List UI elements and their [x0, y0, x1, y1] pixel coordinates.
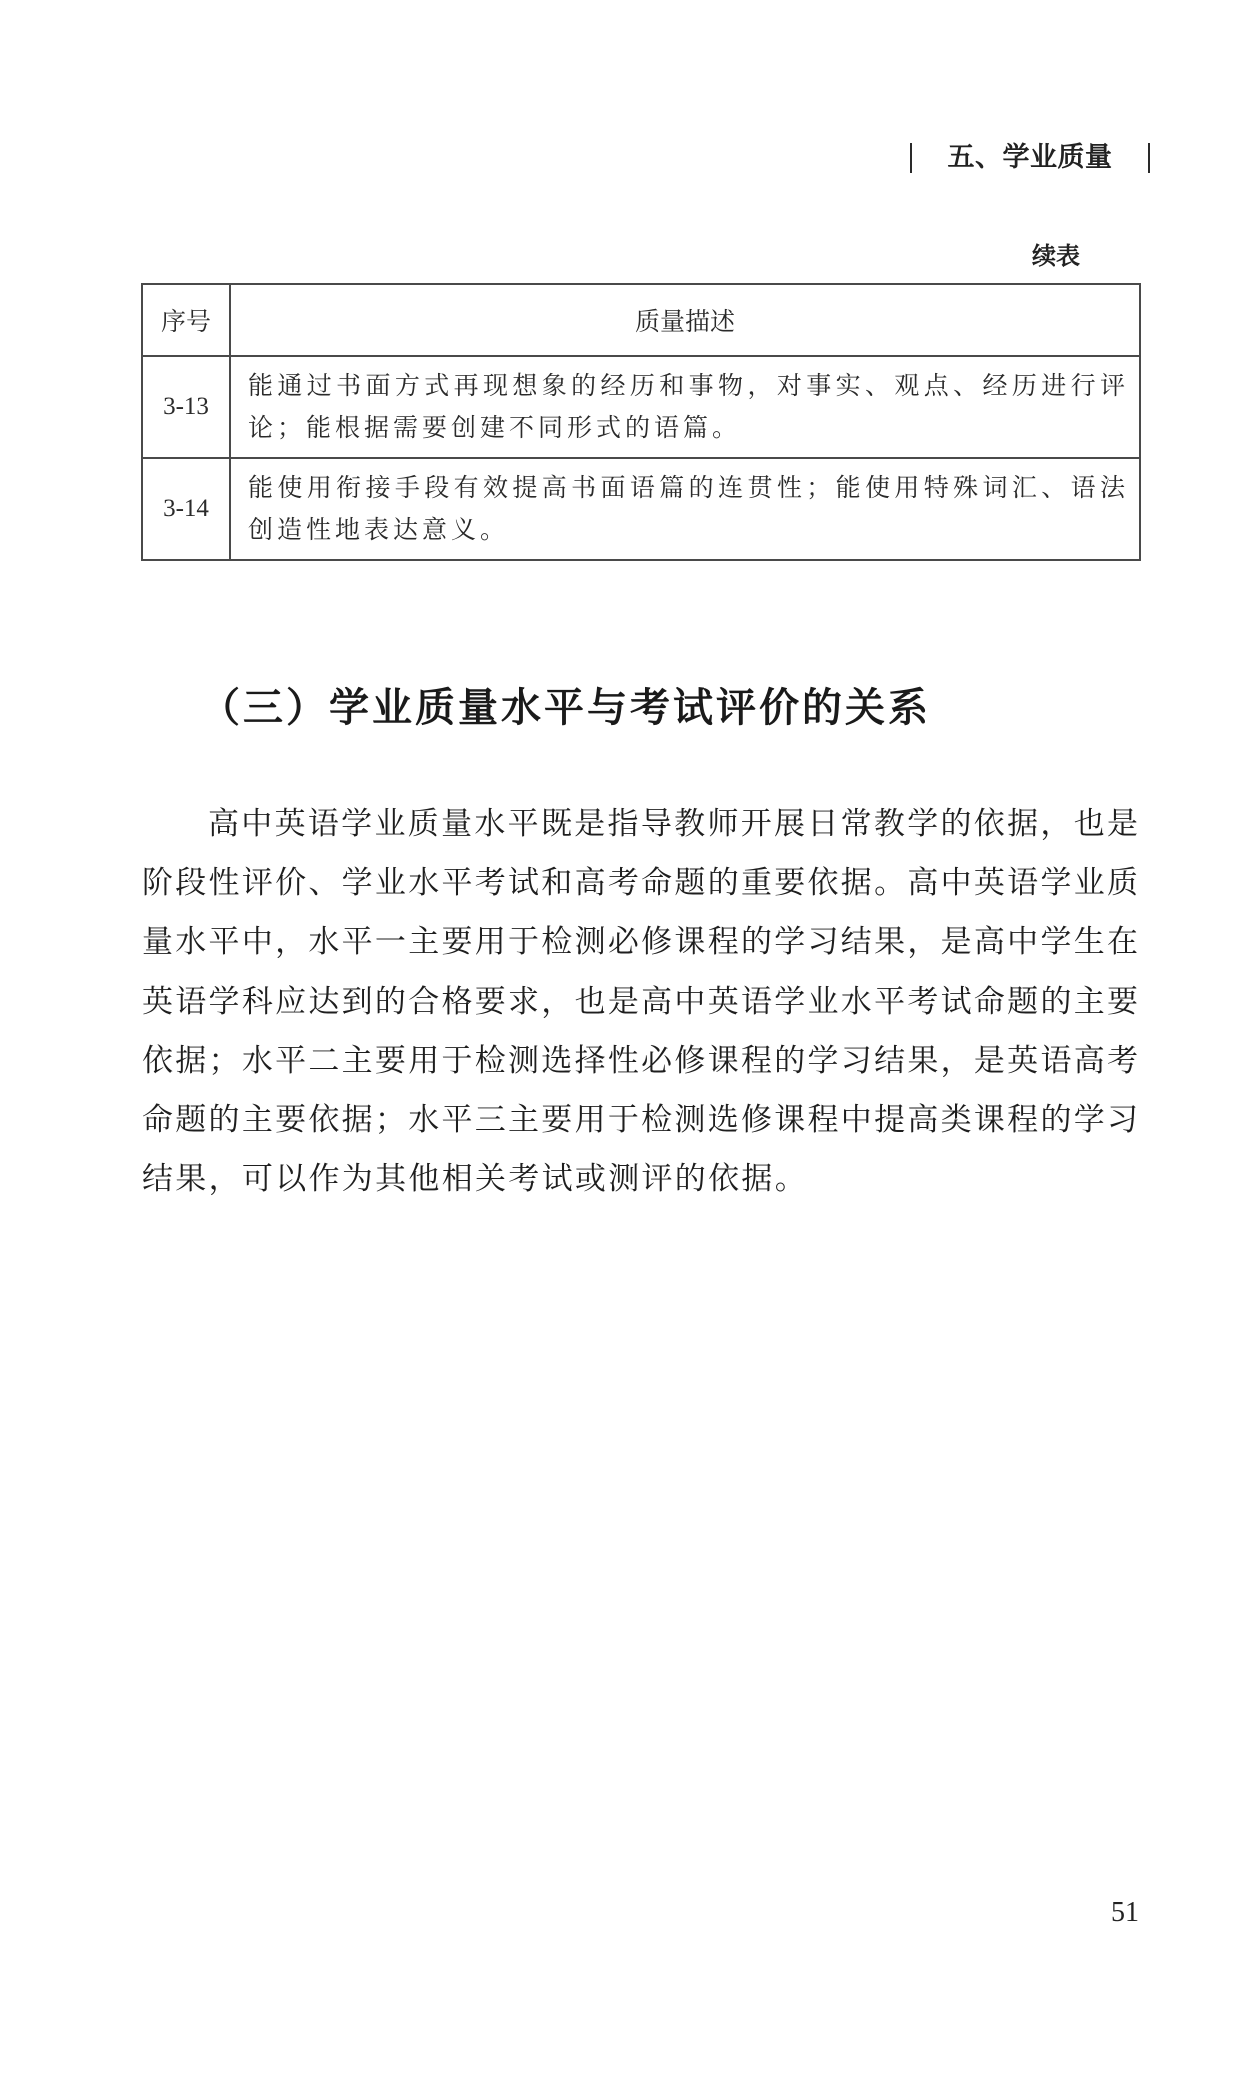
header-divider-left	[910, 143, 912, 173]
paragraph-line: 英语学科应达到的合格要求，也是高中英语学业水平考试命题的主要	[142, 973, 1138, 1032]
description-line: 创造性地表达意义。	[248, 509, 1125, 551]
body-paragraph: 高中英语学业质量水平既是指导教师开展日常教学的依据，也是 阶段性评价、学业水平考…	[142, 795, 1138, 1209]
chapter-title: 五、学业质量	[948, 140, 1113, 176]
page-number: 51	[1100, 1893, 1150, 1933]
paragraph-line: 结果，可以作为其他相关考试或测评的依据。	[142, 1150, 1138, 1209]
column-header-number: 序号	[142, 284, 230, 356]
paragraph-line: 高中英语学业质量水平既是指导教师开展日常教学的依据，也是	[142, 795, 1138, 854]
row-number: 3-14	[142, 458, 230, 560]
table-row: 3-13 能通过书面方式再现想象的经历和事物，对事实、观点、经历进行评 论；能根…	[142, 356, 1140, 458]
table-caption: 续表	[1000, 240, 1112, 272]
section-heading: （三）学业质量水平与考试评价的关系	[200, 682, 960, 734]
table-header-row: 序号 质量描述	[142, 284, 1140, 356]
description-line: 能使用衔接手段有效提高书面语篇的连贯性；能使用特殊词汇、语法	[248, 467, 1125, 509]
row-description: 能使用衔接手段有效提高书面语篇的连贯性；能使用特殊词汇、语法 创造性地表达意义。	[230, 458, 1140, 560]
table-row: 3-14 能使用衔接手段有效提高书面语篇的连贯性；能使用特殊词汇、语法 创造性地…	[142, 458, 1140, 560]
quality-table: 序号 质量描述 3-13 能通过书面方式再现想象的经历和事物，对事实、观点、经历…	[141, 283, 1141, 561]
header-divider-right	[1148, 143, 1150, 173]
row-number: 3-13	[142, 356, 230, 458]
running-header: 五、学业质量	[910, 140, 1150, 176]
paragraph-line: 阶段性评价、学业水平考试和高考命题的重要依据。高中英语学业质	[142, 854, 1138, 913]
column-header-description: 质量描述	[230, 284, 1140, 356]
paragraph-line: 量水平中，水平一主要用于检测必修课程的学习结果，是高中学生在	[142, 913, 1138, 972]
paragraph-line: 命题的主要依据；水平三主要用于检测选修课程中提高类课程的学习	[142, 1091, 1138, 1150]
description-line: 论；能根据需要创建不同形式的语篇。	[248, 407, 1125, 449]
description-line: 能通过书面方式再现想象的经历和事物，对事实、观点、经历进行评	[248, 365, 1125, 407]
paragraph-line: 依据；水平二主要用于检测选择性必修课程的学习结果，是英语高考	[142, 1032, 1138, 1091]
row-description: 能通过书面方式再现想象的经历和事物，对事实、观点、经历进行评 论；能根据需要创建…	[230, 356, 1140, 458]
